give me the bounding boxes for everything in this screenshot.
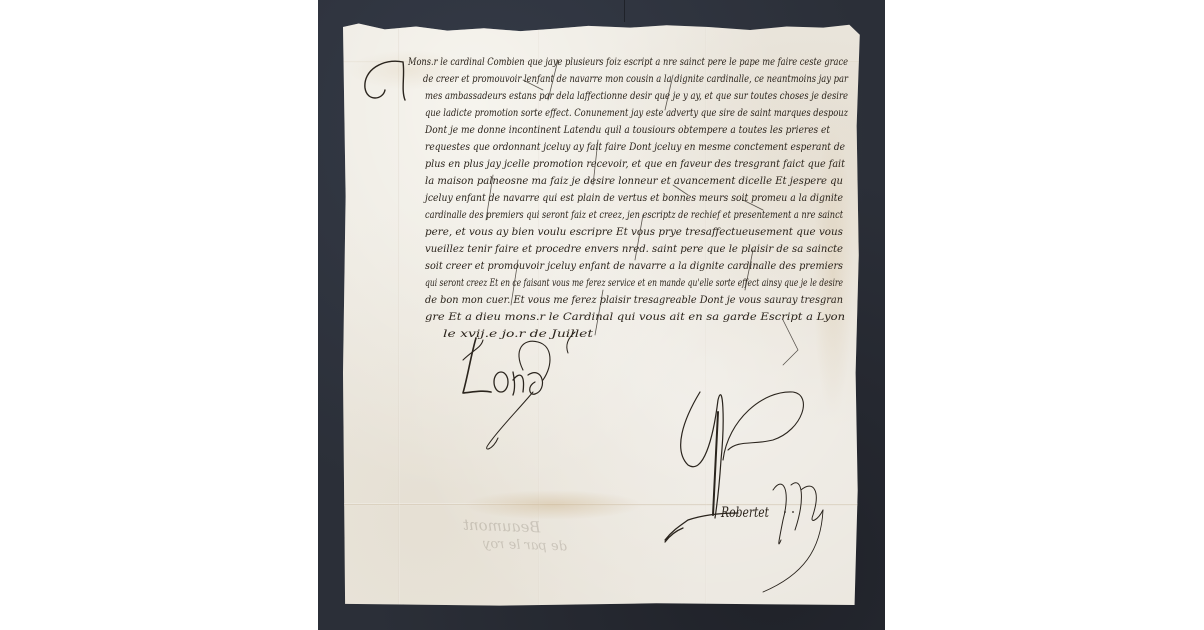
body-line: jceluy enfant de navarre qui est plain d… bbox=[423, 193, 843, 204]
body-line: cardinalle des premiers qui seront faiz … bbox=[425, 210, 844, 221]
letter-body: Mons.r le cardinal Combien que jaye plus… bbox=[407, 57, 849, 340]
body-line: mes ambassadeurs estans par dela laffect… bbox=[425, 91, 848, 102]
manuscript-page: Beaumont de par le roy Mons.r le cardina… bbox=[343, 20, 865, 608]
body-line: pere, et vous ay bien voulu escripre Et … bbox=[425, 227, 843, 238]
backdrop-seam bbox=[624, 0, 625, 22]
initial-flourish bbox=[365, 61, 405, 100]
secretary-signature: Robertet bbox=[665, 392, 823, 592]
handwriting-layer: Mons.r le cardinal Combien que jaye plus… bbox=[343, 20, 865, 608]
body-line: la maison palneosne ma faiz je desire lo… bbox=[425, 176, 843, 187]
royal-signature: Loys bbox=[463, 338, 550, 449]
body-line: soit creer et promouvoir jceluy enfant d… bbox=[425, 261, 843, 272]
royal-signature-text: Loys bbox=[488, 373, 549, 403]
body-line: requestes que ordonnant jceluy ay fait f… bbox=[425, 142, 845, 153]
body-line: qui seront creez Et en ce faisant vous m… bbox=[425, 278, 843, 289]
body-line: vueillez tenir faire et procedre envers … bbox=[425, 244, 843, 255]
body-line: Mons.r le cardinal Combien que jaye plus… bbox=[407, 57, 848, 68]
secretary-signature-text: Robertet bbox=[720, 505, 769, 521]
body-line: que ladicte promotion sorte effect. Conu… bbox=[425, 108, 849, 119]
body-line: le xvij.e jo.r de Juillet bbox=[443, 329, 594, 340]
body-line: Dont je me donne incontinent Latendu qui… bbox=[424, 125, 831, 136]
body-line: plus en plus jay jcelle promotion recevo… bbox=[425, 159, 846, 170]
body-line: gre Et a dieu mons.r le Cardinal qui vou… bbox=[425, 312, 845, 323]
body-line: de creer et promouvoir lenfant de navarr… bbox=[423, 74, 849, 85]
body-line: de bon mon cuer. Et vous me ferez plaisi… bbox=[425, 295, 843, 306]
